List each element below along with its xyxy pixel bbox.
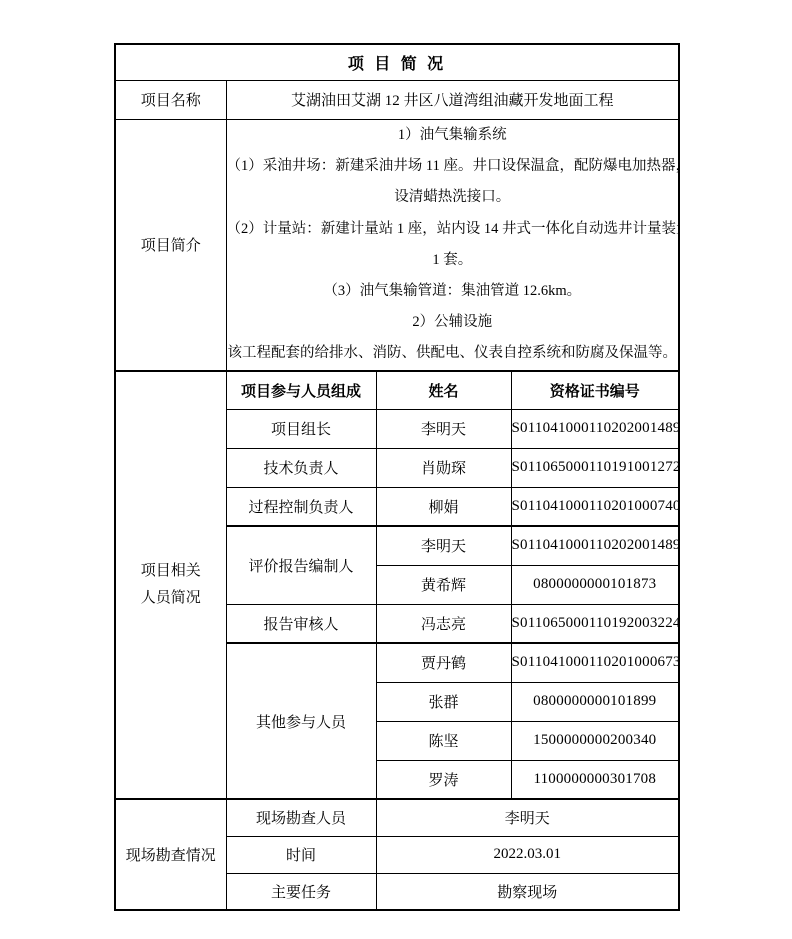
- survey-row-value: 2022.03.01: [376, 836, 679, 873]
- member-cert: S011041000110202001489: [511, 526, 679, 565]
- table-row-title: 项 目 简 况: [115, 44, 679, 80]
- project-overview-table: 项 目 简 况 项目名称 艾湖油田艾湖 12 井区八道湾组油藏开发地面工程 项目…: [114, 43, 680, 911]
- member-name: 柳娟: [376, 487, 511, 526]
- intro-line: 设清蜡热洗接口。: [227, 182, 679, 213]
- personnel-section-label: 项目相关 人员简况: [115, 371, 226, 799]
- intro-line: （1）采油井场：新建采油井场 11 座。井口设保温盒，配防爆电加热器，: [227, 151, 679, 182]
- table-row-personnel-header: 项目相关 人员简况 项目参与人员组成 姓名 资格证书编号: [115, 371, 679, 409]
- role-label: 过程控制负责人: [226, 487, 376, 526]
- member-cert: S011041000110201000673: [511, 643, 679, 682]
- member-name: 贾丹鹤: [376, 643, 511, 682]
- role-label: 技术负责人: [226, 448, 376, 487]
- member-cert: S011041000110201000740: [511, 487, 679, 526]
- member-cert: S011041000110202001489: [511, 409, 679, 448]
- role-label: 报告审核人: [226, 604, 376, 643]
- page-title: 项 目 简 况: [115, 44, 679, 80]
- intro-line: 1 套。: [227, 245, 679, 276]
- survey-row-value: 勘察现场: [376, 873, 679, 910]
- member-cert: S011065000110192003224: [511, 604, 679, 643]
- role-label: 其他参与人员: [226, 643, 376, 799]
- member-name: 李明天: [376, 526, 511, 565]
- role-label: 评价报告编制人: [226, 526, 376, 604]
- table-row-project-name: 项目名称 艾湖油田艾湖 12 井区八道湾组油藏开发地面工程: [115, 80, 679, 119]
- member-cert: 1500000000200340: [511, 721, 679, 760]
- survey-row-label: 主要任务: [226, 873, 376, 910]
- project-intro-label: 项目简介: [115, 119, 226, 371]
- survey-row-label: 现场勘查人员: [226, 799, 376, 836]
- member-name: 罗涛: [376, 760, 511, 799]
- member-name: 肖勋琛: [376, 448, 511, 487]
- member-cert: 0800000000101873: [511, 565, 679, 604]
- member-name: 黄希辉: [376, 565, 511, 604]
- project-name-value: 艾湖油田艾湖 12 井区八道湾组油藏开发地面工程: [226, 80, 679, 119]
- member-cert: 0800000000101899: [511, 682, 679, 721]
- member-cert: 1100000000301708: [511, 760, 679, 799]
- column-header-cert: 资格证书编号: [511, 371, 679, 409]
- role-label: 项目组长: [226, 409, 376, 448]
- column-header-role: 项目参与人员组成: [226, 371, 376, 409]
- survey-row-label: 时间: [226, 836, 376, 873]
- intro-line: 2）公辅设施: [227, 307, 679, 338]
- member-cert: S011065000110191001272: [511, 448, 679, 487]
- personnel-section-label-line2: 人员简况: [116, 585, 226, 612]
- intro-line: （2）计量站：新建计量站 1 座，站内设 14 井式一体化自动选井计量装置: [227, 214, 679, 245]
- table-row-project-intro: 项目简介 1）油气集输系统 （1）采油井场：新建采油井场 11 座。井口设保温盒…: [115, 119, 679, 371]
- project-name-label: 项目名称: [115, 80, 226, 119]
- column-header-name: 姓名: [376, 371, 511, 409]
- member-name: 冯志亮: [376, 604, 511, 643]
- intro-line: 该工程配套的给排水、消防、供配电、仪表自控系统和防腐及保温等。: [227, 338, 679, 369]
- member-name: 张群: [376, 682, 511, 721]
- member-name: 李明天: [376, 409, 511, 448]
- intro-line: （3）油气集输管道：集油管道 12.6km。: [227, 276, 679, 307]
- member-name: 陈坚: [376, 721, 511, 760]
- survey-row-value: 李明天: [376, 799, 679, 836]
- survey-section-label: 现场勘查情况: [115, 799, 226, 910]
- intro-line: 1）油气集输系统: [227, 120, 679, 151]
- project-intro-content: 1）油气集输系统 （1）采油井场：新建采油井场 11 座。井口设保温盒，配防爆电…: [226, 119, 679, 371]
- table-row-survey-personnel: 现场勘查情况 现场勘查人员 李明天: [115, 799, 679, 836]
- personnel-section-label-line1: 项目相关: [116, 558, 226, 585]
